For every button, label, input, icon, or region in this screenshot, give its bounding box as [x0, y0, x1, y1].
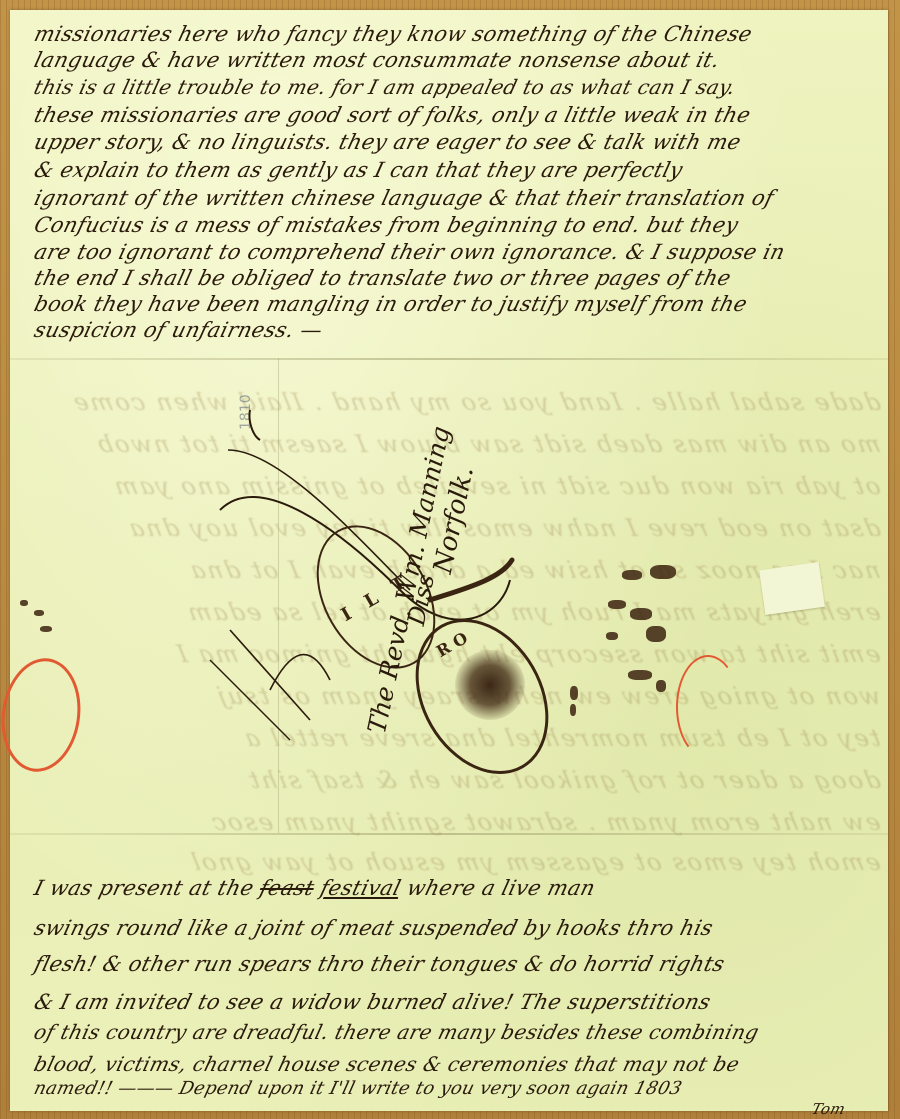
text-line: suspicion of unfairness. —	[32, 320, 325, 341]
red-postmark-right	[676, 655, 740, 759]
text-line: Confucius is a mess of mistakes from beg…	[32, 215, 740, 236]
bleed-through-text: doog a daer ot rof gnikool saw eh & tsaf…	[27, 766, 883, 794]
text-line: the end I shall be obliged to translate …	[32, 268, 733, 289]
text-line: swings round like a joint of meat suspen…	[32, 918, 715, 939]
text-line: of this country are dreadful. there are …	[32, 1022, 761, 1042]
text-line: are too ignorant to comprehend their own…	[32, 242, 787, 263]
signature: Tom	[810, 1102, 847, 1117]
bleed-through-text: ew naht erom ynam . sdrawot sgniht ynam …	[27, 808, 883, 836]
letter-paper: dade sabal halle . Iand you so my hand .…	[10, 10, 888, 1111]
text-line: blood, victims, charnel house scenes & c…	[32, 1054, 742, 1074]
text-line: ignorant of the written chinese language…	[32, 188, 776, 209]
text-line: flesh! & other run spears thro their ton…	[32, 954, 727, 975]
text-line: upper story, & no linguists. they are ea…	[32, 132, 743, 153]
fold-line-top	[10, 358, 888, 360]
ink-blot	[455, 650, 525, 720]
text-span: I was present at the	[32, 876, 264, 900]
red-postmark-left	[0, 653, 88, 777]
text-line: this is a little trouble to me. for I am…	[32, 77, 738, 97]
text-line: these missionaries are good sort of folk…	[32, 105, 753, 126]
underlined-word: festival	[318, 876, 404, 900]
text-line: language & have written most consummate …	[32, 50, 722, 71]
bleed-through-text: emoh tey emos ot egassem ym esuoh ot yaw…	[27, 848, 883, 876]
text-line: I was present at the feast festival wher…	[32, 878, 597, 899]
text-line: book they have been mangling in order to…	[32, 294, 749, 315]
text-line: & explain to them as gently as I can tha…	[32, 160, 685, 181]
torn-paper-patch	[759, 562, 825, 615]
struck-word: feast	[257, 876, 316, 900]
text-line: & I am invited to see a widow burned ali…	[32, 992, 713, 1013]
text-line: missionaries here who fancy they know so…	[32, 24, 754, 45]
text-line: named!! ——— Depend upon it I'll write to…	[32, 1080, 684, 1098]
text-span: where a live man	[397, 876, 597, 900]
